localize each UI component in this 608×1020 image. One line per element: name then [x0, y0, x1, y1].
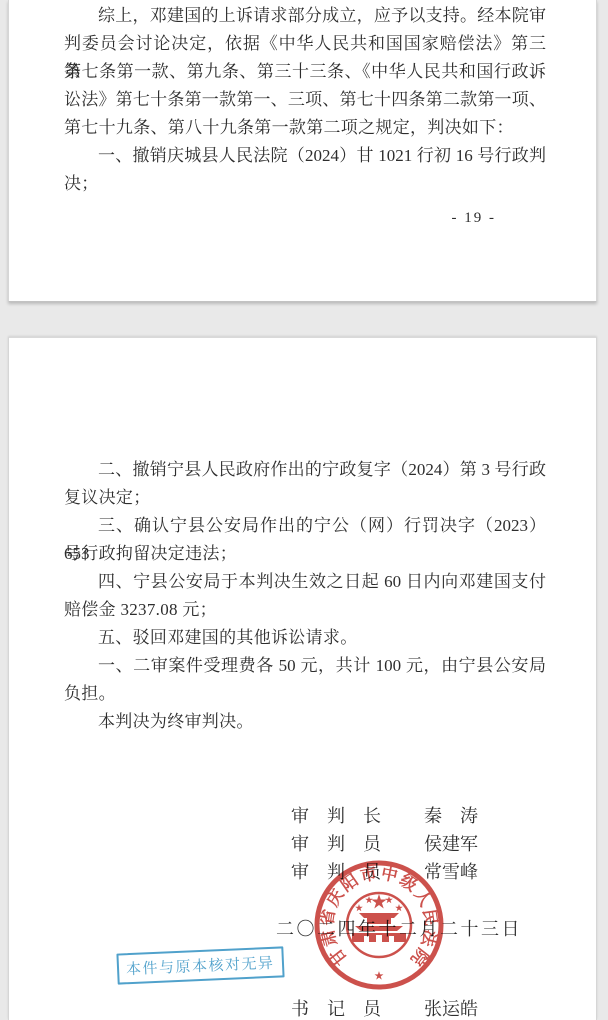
svg-text:肃: 肃 [317, 927, 341, 949]
svg-text:法: 法 [417, 928, 441, 950]
text-line: 复议决定； [64, 484, 546, 512]
text-line: 一、二审案件受理费各 50 元，共计 100 元，由宁县公安局 [64, 652, 546, 680]
text-line: 第七十九条、第八十九条第一款第二项之规定，判决如下： [64, 114, 546, 142]
verification-stamp: 本件与原本核对无异 [116, 946, 284, 984]
judgment-page-20: 二、撤销宁县人民政府作出的宁政复字（2024）第 3 号行政 复议决定； 三、确… [8, 337, 597, 1020]
text-line: 五、驳回邓建国的其他诉讼请求。 [64, 624, 546, 652]
text-line: 本判决为终审判决。 [64, 708, 546, 736]
page-number: - 19 - [452, 210, 497, 227]
text-line: 综上，邓建国的上诉请求部分成立，应予以支持。经本院审 [64, 2, 546, 30]
svg-text:市: 市 [358, 863, 379, 886]
text-line: 负担。 [64, 680, 546, 708]
court-seal-stamp: 甘肃省庆阳市中级人民法院 ★ [304, 850, 454, 1000]
svg-text:中: 中 [379, 863, 399, 886]
judgment-page-19: 综上，邓建国的上诉请求部分成立，应予以支持。经本院审 判委员会讨论决定，依据《中… [8, 0, 597, 302]
signature-row-presiding-judge: 审 判 长 秦 涛 [291, 802, 478, 830]
text-line: 四、宁县公安局于本判决生效之日起 60 日内向邓建国支付 [64, 568, 546, 596]
text-line: 赔偿金 3237.08 元； [64, 596, 546, 624]
document-viewer: { "colors":{ "text":"#2d2d2d", "backgrou… [0, 0, 608, 1020]
svg-text:省: 省 [317, 907, 338, 927]
text-line: 二、撤销宁县人民政府作出的宁政复字（2024）第 3 号行政 [64, 456, 546, 484]
text-line: 决； [64, 170, 546, 198]
text-line: 三、确认宁县公安局作出的宁公（网）行罚决字（2023）653 [64, 512, 546, 540]
body-text: 综上，邓建国的上诉请求部分成立，应予以支持。经本院审 判委员会讨论决定，依据《中… [64, 2, 546, 198]
text-line: 一、撤销庆城县人民法院（2024）甘 1021 行初 16 号行政判 [64, 142, 546, 170]
body-text: 二、撤销宁县人民政府作出的宁政复字（2024）第 3 号行政 复议决定； 三、确… [64, 456, 546, 736]
text-line: 号行政拘留决定违法； [64, 540, 546, 568]
text-line: 判委员会讨论决定，依据《中华人民共和国国家赔偿法》第三条、 [64, 30, 546, 58]
national-emblem-icon [347, 893, 411, 957]
svg-text:民: 民 [419, 908, 440, 928]
svg-text:院: 院 [407, 944, 433, 970]
text-line: 第七条第一款、第九条、第三十三条、《中华人民共和国行政诉 [64, 58, 546, 86]
seal-star-icon: ★ [375, 971, 384, 982]
signature-name: 秦 涛 [424, 802, 478, 830]
signature-role: 审 判 长 [291, 802, 424, 830]
text-line: 讼法》第七十条第一款第一、三项、第七十四条第二款第一项、 [64, 86, 546, 114]
